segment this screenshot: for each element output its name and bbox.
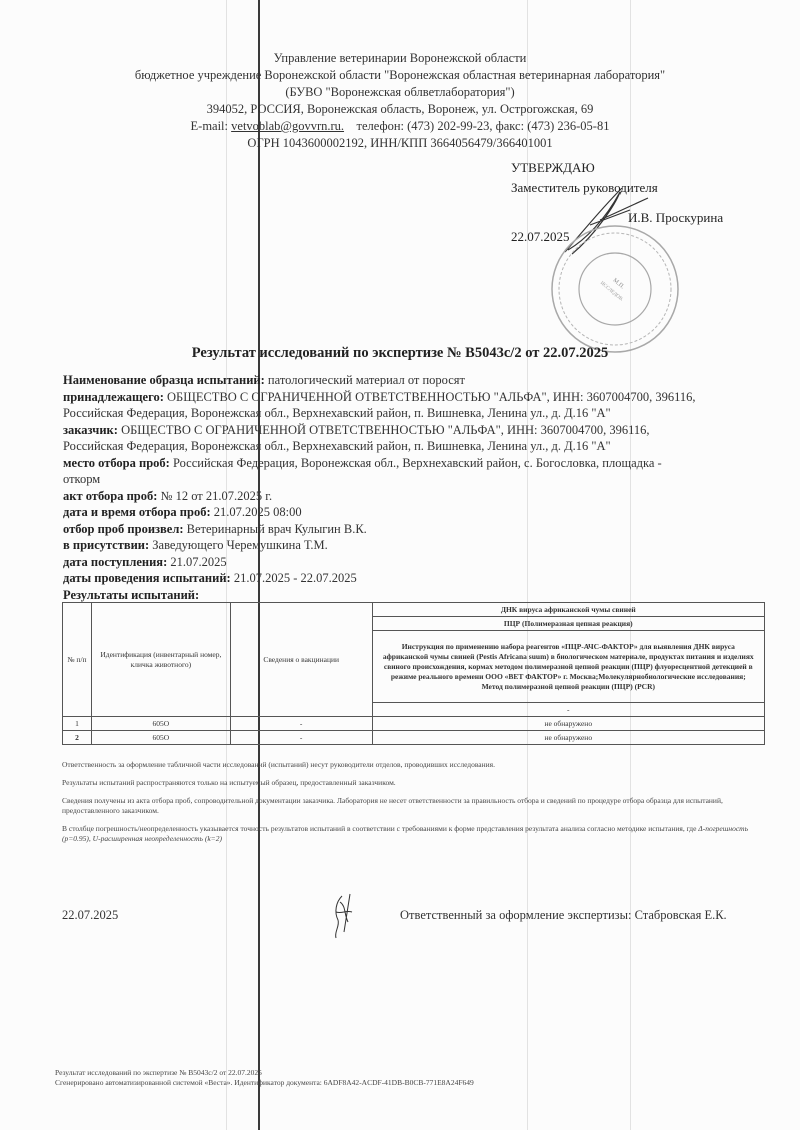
responsible-signature-icon: [328, 892, 358, 942]
org-short-name: (БУВО "Воронежская облветлаборатория"): [0, 84, 800, 101]
received-value: 21.07.2025: [170, 555, 226, 569]
org-parent: Управление ветеринарии Воронежской облас…: [0, 50, 800, 67]
row-result: не обнаружено: [372, 731, 764, 745]
email-link[interactable]: vetvoblab@govvrn.ru.: [231, 119, 344, 133]
row-result: не обнаружено: [372, 717, 764, 731]
official-stamp-icon: М.П. ИССЛЕДОВ.: [540, 222, 690, 357]
header-num: № п/п: [63, 603, 92, 717]
sample-info: Наименование образца испытаний: патологи…: [63, 372, 753, 603]
org-registration: ОГРН 1043600002192, ИНН/КПП 3664056479/3…: [0, 135, 800, 152]
act-label: акт отбора проб:: [63, 489, 157, 503]
datetime-value: 21.07.2025 08:00: [214, 505, 302, 519]
sampler-value: Ветеринарный врач Кулыгин В.К.: [187, 522, 367, 536]
row-vaccination: -: [230, 717, 372, 731]
customer-address: Российская Федерация, Воронежская обл., …: [63, 439, 611, 453]
owner-value: ОБЩЕСТВО С ОГРАНИЧЕННОЙ ОТВЕТСТВЕННОСТЬЮ…: [167, 390, 695, 404]
document-title: Результат исследований по экспертизе № В…: [0, 345, 800, 362]
presence-label: в присутствии:: [63, 538, 149, 552]
owner-label: принадлежащего:: [63, 390, 164, 404]
datetime-label: дата и время отбора проб:: [63, 505, 211, 519]
org-address: 394052, РОССИЯ, Воронежская область, Вор…: [0, 101, 800, 118]
responsible-person: Ответственный за оформление экспертизы: …: [400, 908, 727, 923]
note-uncertainty: В столбце погрешность/неопределенность у…: [62, 824, 762, 844]
header-identification: Идентификация (инвентарный номер, кличка…: [91, 603, 230, 717]
org-contacts: E-mail: vetvoblab@govvrn.ru. телефон: (4…: [0, 118, 800, 135]
results-table: № п/п Идентификация (инвентарный номер, …: [62, 602, 765, 745]
owner-address: Российская Федерация, Воронежская обл., …: [63, 406, 611, 420]
sample-label: Наименование образца испытаний:: [63, 373, 265, 387]
row-num: 1: [63, 717, 92, 731]
signature-date: 22.07.2025: [62, 908, 118, 923]
note-scope: Результаты испытаний распространяются то…: [62, 778, 762, 788]
customer-label: заказчик:: [63, 423, 118, 437]
footer-doc-ref: Результат исследований по экспертизе № В…: [55, 1068, 474, 1078]
footer: Результат исследований по экспертизе № В…: [55, 1068, 474, 1088]
presence-value: Заведующего Черемушкина Т.М.: [152, 538, 327, 552]
row-vaccination: -: [230, 731, 372, 745]
footer-generated-by: Сгенерировано автоматизированной системо…: [55, 1078, 474, 1088]
act-value: № 12 от 21.07.2025 г.: [161, 489, 273, 503]
test-dates-label: даты проведения испытаний:: [63, 571, 231, 585]
customer-value: ОБЩЕСТВО С ОГРАНИЧЕННОЙ ОТВЕТСТВЕННОСТЬЮ…: [121, 423, 649, 437]
place-value-cont: откорм: [63, 472, 100, 486]
header-indicator: ДНК вируса африканской чумы свиней: [372, 603, 764, 617]
header-vaccination: Сведения о вакцинации: [230, 603, 372, 717]
org-name: бюджетное учреждение Воронежской области…: [0, 67, 800, 84]
header-method-full: Инструкция по применению набора реагенто…: [372, 631, 764, 703]
place-label: место отбора проб:: [63, 456, 170, 470]
row-num: 2: [63, 731, 92, 745]
phones: телефон: (473) 202-99-23, факс: (473) 23…: [357, 119, 610, 133]
table-row: 2 605O - не обнаружено: [63, 731, 765, 745]
sampler-label: отбор проб произвел:: [63, 522, 184, 536]
note-source: Сведения получены из акта отбора проб, с…: [62, 796, 762, 816]
note-responsibility: Ответственность за оформление табличной …: [62, 760, 762, 770]
place-value: Российская Федерация, Воронежская обл., …: [173, 456, 662, 470]
table-row: 1 605O - не обнаружено: [63, 717, 765, 731]
test-dates-value: 21.07.2025 - 22.07.2025: [234, 571, 357, 585]
sample-value: патологический материал от поросят: [268, 373, 465, 387]
email-label: E-mail:: [191, 119, 229, 133]
row-id: 605O: [91, 731, 230, 745]
received-label: дата поступления:: [63, 555, 167, 569]
results-label: Результаты испытаний:: [63, 588, 199, 602]
note-uncertainty-text: В столбце погрешность/неопределенность у…: [62, 824, 698, 833]
header-method-short: ПЦР (Полимеразная цепная реакция): [372, 617, 764, 631]
svg-text:М.П.: М.П.: [612, 278, 626, 291]
row-id: 605O: [91, 717, 230, 731]
approve-label: УТВЕРЖДАЮ: [511, 160, 595, 176]
notes-section: Ответственность за оформление табличной …: [62, 760, 762, 852]
header-norm: -: [372, 703, 764, 717]
